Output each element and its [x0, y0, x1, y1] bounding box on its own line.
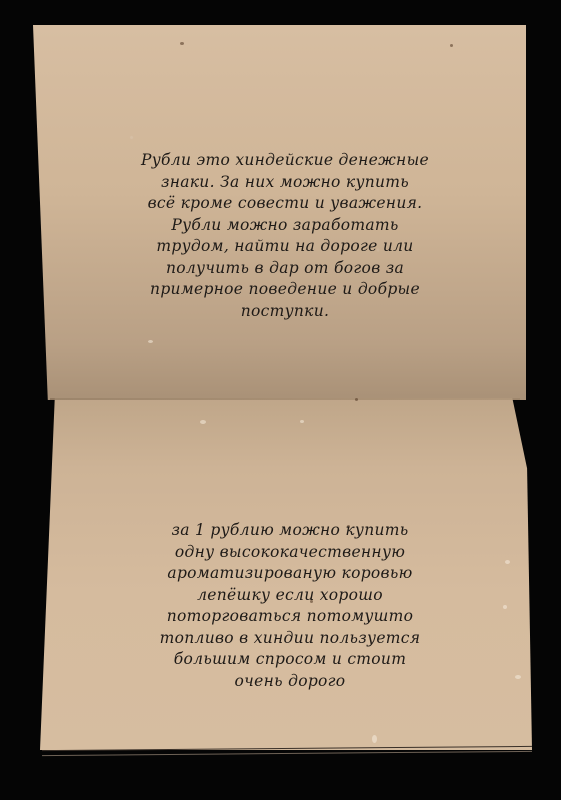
paper-speck — [450, 44, 453, 47]
text-line: за 1 рублию можно купить — [130, 520, 450, 542]
text-line: поступки. — [110, 301, 460, 323]
text-line: Рубли это хиндейские денежные — [110, 150, 460, 172]
text-line: всё кроме совести и уважения. — [110, 193, 460, 215]
paper-speck — [372, 735, 377, 743]
paper-speck — [180, 42, 184, 45]
text-line: одну высококачественную — [130, 542, 450, 564]
text-line: очень дорого — [130, 671, 450, 693]
text-line: получить в дар от богов за — [110, 258, 460, 280]
text-line: лепёшку если хорошо — [130, 585, 450, 607]
upper-page-text: Рубли это хиндейские денежные знаки. За … — [110, 150, 460, 322]
text-line: трудом, найти на дороге или — [110, 236, 460, 258]
paper-speck — [355, 398, 358, 401]
text-line: Рубли можно заработать — [110, 215, 460, 237]
photo-background: Рубли это хиндейские денежные знаки. За … — [0, 0, 561, 800]
page-fold — [50, 398, 520, 400]
text-line: знаки. За них можно купить — [110, 172, 460, 194]
text-line: ароматизированую коровью — [130, 563, 450, 585]
paper-speck — [148, 340, 153, 343]
paper-speck — [505, 560, 510, 564]
paper-speck — [200, 420, 206, 424]
text-line: примерное поведение и добрые — [110, 279, 460, 301]
text-line: поторговаться потомушто — [130, 606, 450, 628]
text-line: большим спросом и стоит — [130, 649, 450, 671]
paper-speck — [300, 420, 304, 423]
text-line: топливо в хиндии пользуется — [130, 628, 450, 650]
paper-speck — [515, 675, 521, 679]
lower-page-text: за 1 рублию можно купить одну высококаче… — [130, 520, 450, 692]
paper-speck — [503, 605, 507, 609]
